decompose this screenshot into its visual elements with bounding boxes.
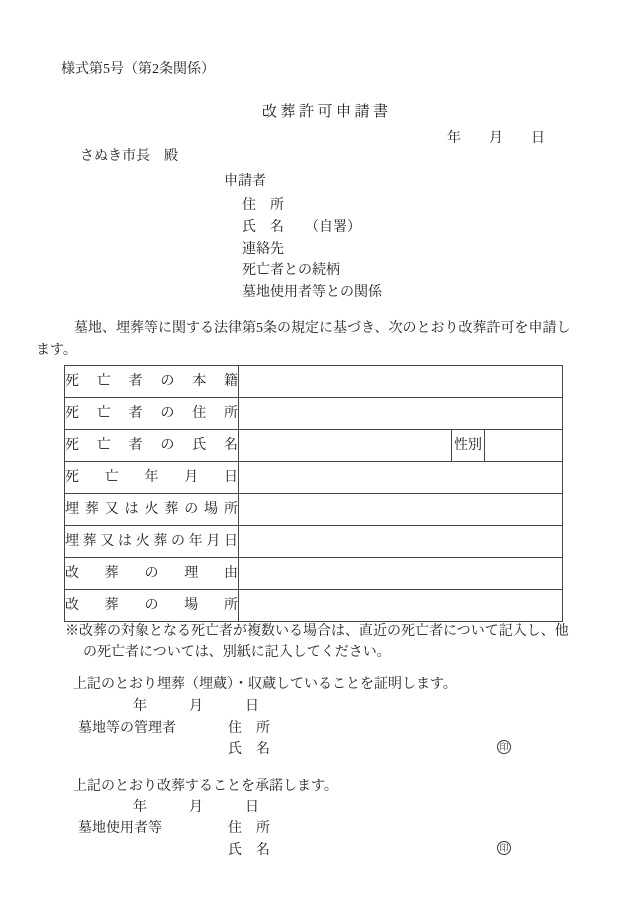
note-line1: ※改葬の対象となる死亡者が複数いる場合は、直近の死亡者について記入し、他 [65, 622, 569, 642]
row-label: 死亡者の氏名 [65, 430, 239, 462]
row-label: 死亡者の本籍 [65, 366, 239, 398]
certification-party-label: 墓地等の管理者 [78, 719, 176, 739]
certification-address-label: 住 所 [228, 719, 270, 739]
applicant-label: 申請者 [224, 172, 266, 192]
applicant-field-address: 住 所 [242, 196, 284, 216]
applicant-field-relation-deceased: 死亡者との続柄 [242, 261, 340, 281]
row-value-cell [239, 430, 452, 462]
consent-name-label: 氏 名 [228, 841, 270, 861]
certification-date-line: 年 月 日 [133, 697, 259, 717]
note-line2: の死亡者については、別紙に記入してください。 [83, 643, 391, 663]
row-value-cell [239, 494, 563, 526]
deceased-info-table: 死亡者の本籍 死亡者の住所 死亡者の氏名 性別 死亡年月日 埋葬又は火葬の場所 [64, 365, 563, 622]
gender-value-cell [485, 430, 563, 462]
row-label: 改葬の理由 [65, 558, 239, 590]
intro-paragraph-line1: 墓地、埋葬等に関する法律第5条の規定に基づき、次のとおり改葬許可を申請し [74, 319, 570, 339]
row-value-cell [239, 526, 563, 558]
certification-seal-icon: 印 [497, 740, 511, 754]
header-date-line: 年 月 日 [447, 129, 545, 149]
addressee: さぬき市長 殿 [80, 147, 178, 167]
row-label: 埋葬又は火葬の年月日 [65, 526, 239, 558]
applicant-field-contact: 連絡先 [242, 240, 284, 260]
intro-paragraph-line2: ます。 [36, 341, 77, 361]
form-number: 様式第5号（第2条関係） [61, 60, 215, 80]
consent-statement: 上記のとおり改葬することを承諾します。 [73, 777, 338, 797]
consent-date-line: 年 月 日 [133, 798, 259, 818]
gender-label-cell: 性別 [452, 430, 485, 462]
application-form-page: 様式第5号（第2条関係） 改葬許可申請書 年 月 日 さぬき市長 殿 申請者 住… [0, 0, 630, 903]
row-value-cell [239, 366, 563, 398]
row-value-cell [239, 558, 563, 590]
consent-party-label: 墓地使用者等 [78, 819, 162, 839]
row-value-cell [239, 462, 563, 494]
row-label: 埋葬又は火葬の場所 [65, 494, 239, 526]
table-row-address: 死亡者の住所 [65, 398, 563, 430]
table-row-death-date: 死亡年月日 [65, 462, 563, 494]
page-title: 改葬許可申請書 [262, 102, 392, 122]
certification-statement: 上記のとおり埋葬（埋蔵）・収蔵していることを証明します。 [73, 675, 457, 695]
row-label: 改葬の場所 [65, 590, 239, 622]
row-value-cell [239, 590, 563, 622]
row-label: 死亡者の住所 [65, 398, 239, 430]
table-row-burial-place: 埋葬又は火葬の場所 [65, 494, 563, 526]
applicant-field-relation-grave-user: 墓地使用者等との関係 [242, 283, 382, 303]
consent-address-label: 住 所 [228, 819, 270, 839]
table-row-name: 死亡者の氏名 性別 [65, 430, 563, 462]
certification-name-label: 氏 名 [228, 740, 270, 760]
row-value-cell [239, 398, 563, 430]
row-label: 死亡年月日 [65, 462, 239, 494]
table-row-domicile: 死亡者の本籍 [65, 366, 563, 398]
table-row-reburial-reason: 改葬の理由 [65, 558, 563, 590]
table-row-reburial-place: 改葬の場所 [65, 590, 563, 622]
table-row-burial-date: 埋葬又は火葬の年月日 [65, 526, 563, 558]
applicant-field-name: 氏 名 （自署） [242, 218, 361, 238]
consent-seal-icon: 印 [497, 841, 511, 855]
